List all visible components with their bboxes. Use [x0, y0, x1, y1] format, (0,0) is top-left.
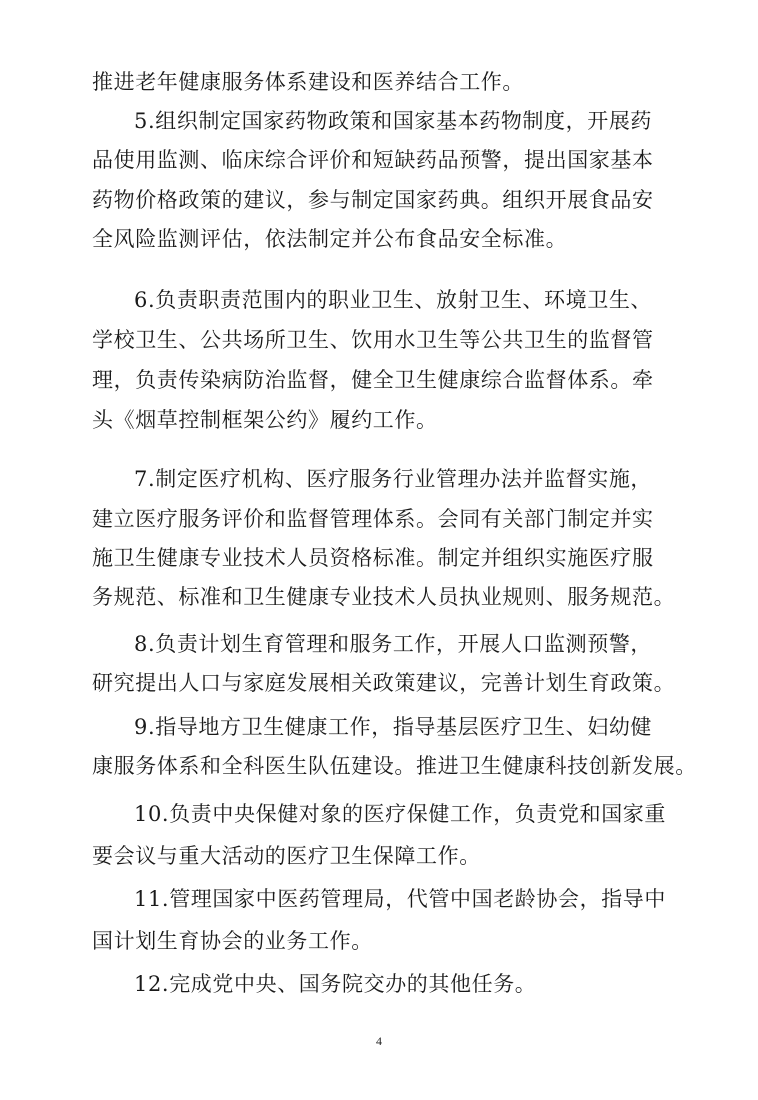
text-line: 要会议与重大活动的医疗卫生保障工作。: [92, 842, 672, 870]
paragraph-first-line: 9.指导地方卫生健康工作，指导基层医疗卫生、妇幼健: [134, 713, 714, 741]
text-line: 头《烟草控制框架公约》履约工作。: [92, 406, 672, 434]
text-line: 药物价格政策的建议，参与制定国家药典。组织开展食品安: [92, 186, 672, 214]
paragraph-first-line: 10.负责中央保健对象的医疗保健工作，负责党和国家重: [134, 800, 714, 828]
text-line: 研究提出人口与家庭发展相关政策建议，完善计划生育政策。: [92, 669, 672, 697]
document-page: 推进老年健康服务体系建设和医养结合工作。5.组织制定国家药物政策和国家基本药物制…: [0, 0, 758, 1100]
paragraph-first-line: 8.负责计划生育管理和服务工作，开展人口监测预警，: [134, 630, 714, 658]
text-line: 康服务体系和全科医生队伍建设。推进卫生健康科技创新发展。: [92, 752, 672, 780]
text-line: 国计划生育协会的业务工作。: [92, 927, 672, 955]
text-line: 理，负责传染病防治监督，健全卫生健康综合监督体系。牵: [92, 366, 672, 394]
text-line: 务规范、标准和卫生健康专业技术人员执业规则、服务规范。: [92, 583, 672, 611]
paragraph-first-line: 11.管理国家中医药管理局，代管中国老龄协会，指导中: [134, 885, 714, 913]
text-line: 施卫生健康专业技术人员资格标准。制定并组织实施医疗服: [92, 544, 672, 572]
text-line: 全风险监测评估，依法制定并公布食品安全标准。: [92, 225, 672, 253]
text-line: 推进老年健康服务体系建设和医养结合工作。: [92, 68, 672, 96]
page-number: 4: [0, 1034, 758, 1049]
text-line: 品使用监测、临床综合评价和短缺药品预警，提出国家基本: [92, 146, 672, 174]
paragraph-first-line: 12.完成党中央、国务院交办的其他任务。: [134, 970, 714, 998]
text-line: 建立医疗服务评价和监督管理体系。会同有关部门制定并实: [92, 505, 672, 533]
paragraph-first-line: 6.负责职责范围内的职业卫生、放射卫生、环境卫生、: [134, 286, 714, 314]
text-line: 学校卫生、公共场所卫生、饮用水卫生等公共卫生的监督管: [92, 326, 672, 354]
paragraph-first-line: 5.组织制定国家药物政策和国家基本药物制度，开展药: [134, 107, 714, 135]
paragraph-first-line: 7.制定医疗机构、医疗服务行业管理办法并监督实施，: [134, 465, 714, 493]
